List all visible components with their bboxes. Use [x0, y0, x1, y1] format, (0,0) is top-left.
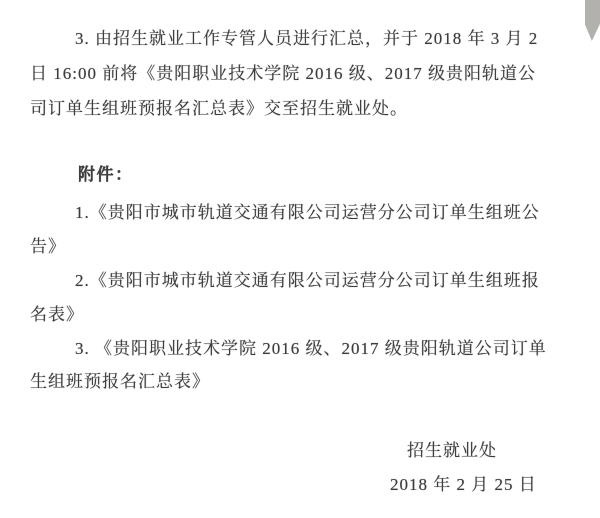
signature-date: 2018 年 2 月 25 日	[390, 475, 537, 495]
attachment2-line1: 2.《贵阳市城市轨道交通有限公司运营分公司订单生组班报	[75, 271, 540, 291]
corner-arrow-icon	[585, 0, 600, 41]
document-page: 3. 由招生就业工作专管人员进行汇总，并于 2018 年 3 月 2 日 16:…	[0, 0, 600, 518]
attachment3-line1: 3. 《贵阳职业技术学院 2016 级、2017 级贵阳轨道公司订单	[75, 339, 547, 359]
attachments-heading: 附件：	[78, 165, 134, 185]
attachment1-line2: 告》	[30, 237, 66, 257]
paragraph3-line3: 司订单生组班预报名汇总表》交至招生就业处。	[30, 99, 408, 119]
paragraph3-line2: 日 16:00 前将《贵阳职业技术学院 2016 级、2017 级贵阳轨道公	[30, 64, 536, 84]
attachment2-line2: 名表》	[30, 305, 84, 325]
signature-department: 招生就业处	[407, 441, 497, 461]
attachment1-line1: 1.《贵阳市城市轨道交通有限公司运营分公司订单生组班公	[75, 203, 540, 223]
paragraph3-line1: 3. 由招生就业工作专管人员进行汇总，并于 2018 年 3 月 2	[75, 29, 538, 49]
attachment3-line2: 生组班预报名汇总表》	[30, 372, 210, 392]
